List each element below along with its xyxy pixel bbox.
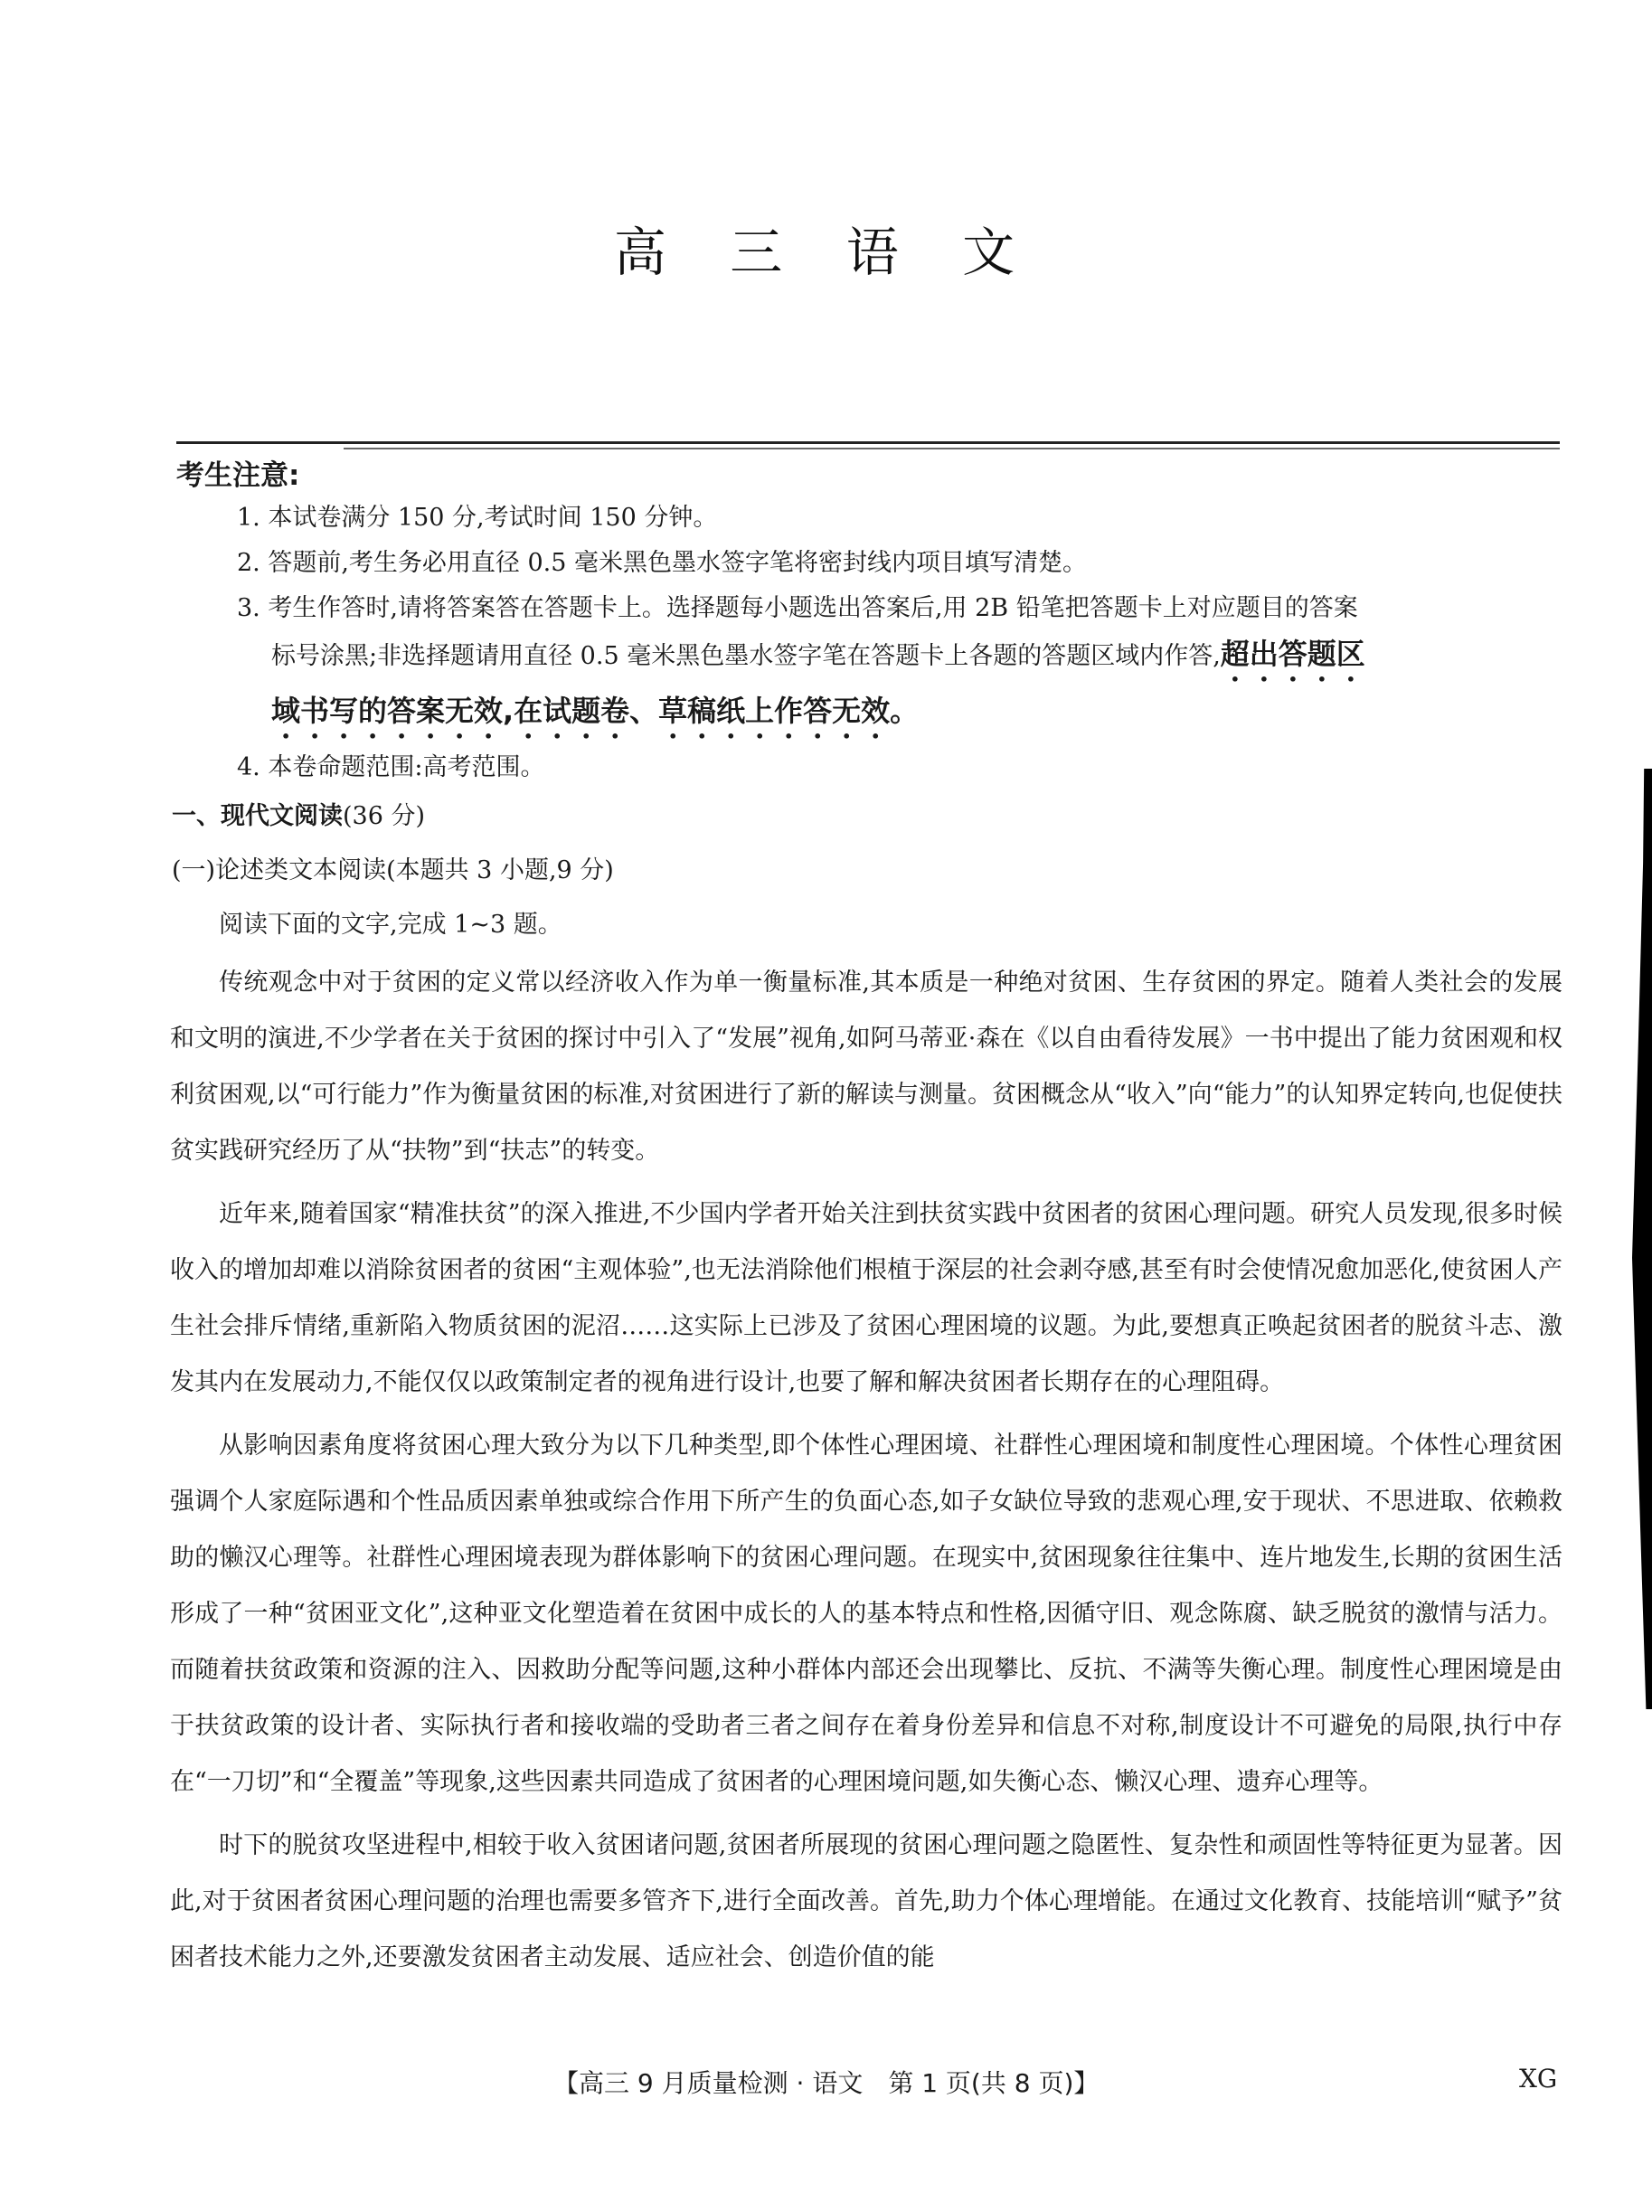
- section-heading: 一、现代文阅读(36 分): [172, 796, 425, 831]
- document-title: 高 三 语 文: [0, 210, 1652, 286]
- notice-list: 1. 本试卷满分 150 分,考试时间 150 分钟。 2. 答题前,考生务必用…: [237, 496, 1566, 790]
- notice-item-3-emphasis-line: 域书写的答案无效,在试题卷、草稿纸上作答无效。: [237, 688, 1566, 745]
- subsection-heading: (一)论述类文本阅读(本题共 3 小题,9 分): [172, 850, 614, 885]
- notice-item-3-text: 标号涂黑;非选择题请用直径 0.5 毫米黑色墨水签字笔在答题卡上各题的答题区域内…: [237, 642, 1221, 670]
- passage-paragraph-4: 时下的脱贫攻坚进程中,相较于收入贫困诸问题,贫困者所展现的贫困心理问题之隐匿性、…: [170, 1818, 1562, 1986]
- notice-emphasis: 超出答题区: [1221, 637, 1365, 671]
- section-heading-score: (36 分): [343, 802, 425, 830]
- notice-item-4: 4. 本卷命题范围:高考范围。: [237, 745, 1566, 790]
- reading-instruction: 阅读下面的文字,完成 1~3 题。: [219, 904, 562, 940]
- notice-item-3-continued: 标号涂黑;非选择题请用直径 0.5 毫米黑色墨水签字笔在答题卡上各题的答题区域内…: [237, 631, 1566, 688]
- notice-item-1: 1. 本试卷满分 150 分,考试时间 150 分钟。: [237, 496, 1566, 541]
- passage-paragraph-3: 从影响因素角度将贫困心理大致分为以下几种类型,即个体性心理困境、社群性心理困境和…: [170, 1418, 1562, 1810]
- reading-passage: 传统观念中对于贫困的定义常以经济收入作为单一衡量标准,其本质是一种绝对贫困、生存…: [170, 955, 1562, 1993]
- scan-edge-shadow: [1632, 769, 1652, 1709]
- passage-paragraph-2: 近年来,随着国家“精准扶贫”的深入推进,不少国内学者开始关注到扶贫实践中贫困者的…: [170, 1186, 1562, 1411]
- section-heading-title: 一、现代文阅读: [172, 802, 343, 830]
- page-footer: 【高三 9 月质量检测 · 语文 第 1 页(共 8 页)】: [553, 2064, 1099, 2100]
- divider-line: [176, 441, 1560, 444]
- divider-line-secondary: [344, 448, 1560, 449]
- footer-code: XG: [1519, 2064, 1557, 2094]
- notice-heading: 考生注意:: [176, 452, 299, 493]
- notice-emphasis-line: 域书写的答案无效,在试题卷、草稿纸上作答无效。: [237, 694, 919, 728]
- passage-paragraph-1: 传统观念中对于贫困的定义常以经济收入作为单一衡量标准,其本质是一种绝对贫困、生存…: [170, 955, 1562, 1179]
- notice-item-2: 2. 答题前,考生务必用直径 0.5 毫米黑色墨水签字笔将密封线内项目填写清楚。: [237, 541, 1566, 586]
- notice-item-3: 3. 考生作答时,请将答案答在答题卡上。选择题每小题选出答案后,用 2B 铅笔把…: [237, 586, 1566, 631]
